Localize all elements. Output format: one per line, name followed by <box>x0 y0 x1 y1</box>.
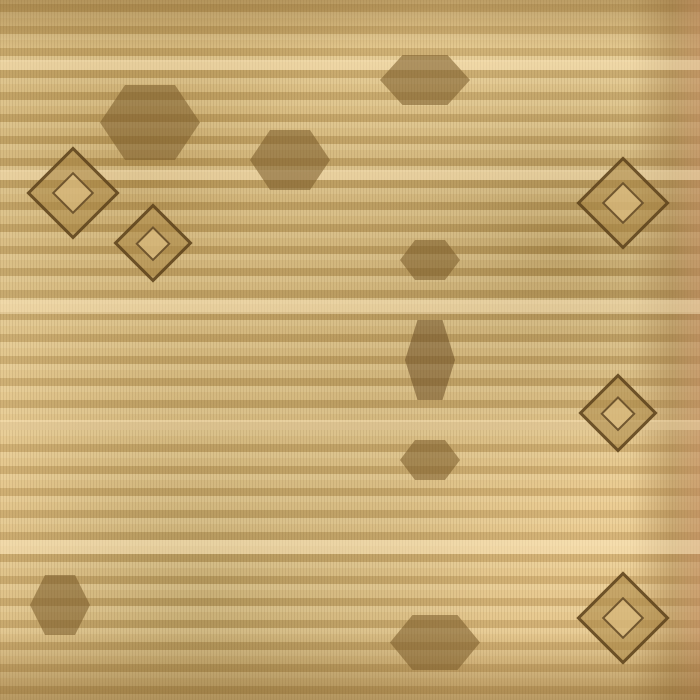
rug-top-border <box>0 0 700 50</box>
faded-stripe <box>0 60 700 70</box>
hexagon-center-top <box>250 130 330 190</box>
medallion-bottom-left <box>30 575 90 635</box>
faded-stripe <box>0 300 700 314</box>
faded-stripe <box>0 540 700 554</box>
central-column <box>405 320 455 400</box>
central-column <box>400 440 460 480</box>
rug-texture <box>0 0 700 700</box>
central-column <box>400 240 460 280</box>
medallion-top-left <box>100 85 200 160</box>
rug-bottom-border <box>0 630 700 700</box>
medallion-left <box>26 146 119 239</box>
medallion-mid-left <box>113 203 192 282</box>
